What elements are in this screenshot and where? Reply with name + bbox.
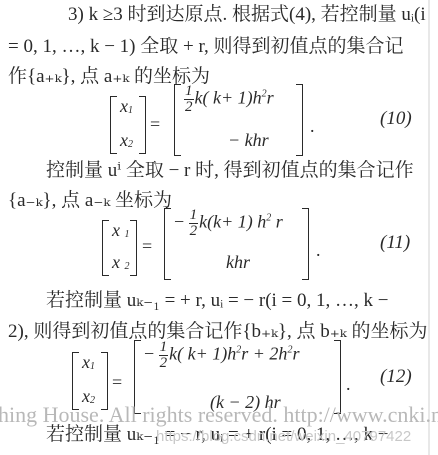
paragraph-2-line-1: 控制量 uⁱ 全取 − r 时, 得到初值点的集合记作 (46, 160, 414, 182)
paragraph-2-line-2: {a₋ₖ}, 点 a₋ₖ 坐标为 (8, 190, 172, 212)
rhs-top: 12k( k+ 1)h2r (184, 84, 274, 115)
page-right-border (428, 0, 430, 455)
lhs-x1: x1 (82, 352, 95, 373)
paragraph-1-line-2: = 0, 1, …, k − 1) 全取 + r, 则得到初值点的集合记 (8, 36, 404, 58)
period: . (316, 240, 321, 261)
lhs-right-bracket (139, 96, 146, 154)
fraction-half: 12 (189, 208, 199, 239)
lhs-right-bracket (130, 220, 137, 276)
lhs-x2: x 2 (112, 252, 130, 273)
fraction-half: 12 (159, 340, 169, 371)
rhs-left-bracket (164, 208, 171, 280)
csdn-watermark: https://blog.csdn.net/weixin_40797422 (156, 428, 411, 445)
lhs-left-bracket (110, 96, 117, 154)
equation-number-10: (10) (380, 108, 412, 130)
equals-sign: = (142, 236, 152, 257)
period: . (346, 374, 351, 395)
rhs-top: − 12k(k+ 1) h2 r (174, 208, 283, 239)
lhs-left-bracket (102, 220, 109, 276)
lhs-x1: x1 (120, 96, 133, 117)
equation-number-12: (12) (380, 366, 412, 388)
fraction-half: 12 (184, 84, 194, 115)
rhs-right-bracket (296, 84, 303, 156)
period: . (310, 116, 315, 137)
equation-number-11: (11) (380, 232, 410, 254)
rhs-top: − 12k( k+ 1)h2r + 2h2r (144, 340, 299, 371)
lhs-x2: x2 (120, 130, 133, 151)
lhs-x1: x 1 (112, 220, 130, 241)
rhs-left-bracket (174, 84, 181, 156)
equals-sign: = (150, 114, 160, 135)
rhs-bottom: − khr (228, 130, 269, 151)
equals-sign: = (112, 372, 122, 393)
paragraph-3-line-1: 若控制量 uₖ₋₁ = + r, uᵢ = − r(i = 0, 1, …, k… (46, 290, 388, 312)
paragraph-1-line-1: 3) k ≥3 时到达原点. 根据式(4), 若控制量 uᵢ(i (68, 4, 426, 26)
rhs-bottom: khr (226, 252, 250, 273)
rhs-right-bracket (302, 208, 309, 280)
